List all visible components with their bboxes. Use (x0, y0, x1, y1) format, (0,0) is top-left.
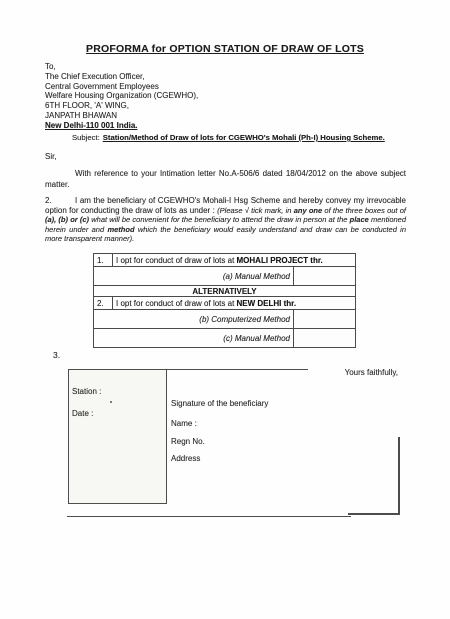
options-table: 1. I opt for conduct of draw of lots at … (93, 253, 356, 348)
signature-box-top-border (68, 369, 308, 370)
station-label: Station : (72, 387, 101, 396)
method-label-c: (c) Manual Method (94, 329, 294, 348)
signature-box-right-border (398, 437, 400, 515)
method-row-b: (b) Computerized Method (94, 310, 356, 329)
scan-speck (110, 401, 112, 403)
address-line: Central Government Employees (45, 82, 198, 92)
row-number: 1. (94, 254, 113, 267)
option-text-mohali: I opt for conduct of draw of lots at MOH… (113, 254, 356, 267)
recipient-address-block: To, The Chief Execution Officer, Central… (45, 62, 198, 131)
tick-box-c[interactable] (294, 329, 356, 348)
method-row-a: (a) Manual Method (94, 267, 356, 286)
option-text: I opt for conduct of draw of lots at (116, 299, 237, 308)
method-label-b: (b) Computerized Method (94, 310, 294, 329)
note-bold: method (107, 225, 134, 234)
method-label-a: (a) Manual Method (94, 267, 294, 286)
paragraph-number: 2. (45, 196, 75, 206)
address-label: Address (171, 454, 200, 463)
name-label: Name : (171, 419, 197, 428)
address-line: 6TH FLOOR, 'A' WING, (45, 101, 198, 111)
reference-paragraph: With reference to your Intimation letter… (45, 168, 406, 190)
signature-box-corner-segment (348, 513, 399, 515)
section-3-number: 3. (53, 350, 60, 360)
note-text: (Please √ tick mark, in (217, 206, 294, 215)
signature-box-divider (166, 369, 167, 504)
option-paragraph: 2.I am the beneficiary of CGEWHO's Mohal… (45, 196, 406, 244)
address-to: To, (45, 62, 198, 72)
address-line: JANPATH BHAWAN (45, 111, 198, 121)
note-text: what will be convenient for the benefici… (89, 215, 350, 224)
signature-of-beneficiary-label: Signature of the beneficiary (171, 399, 268, 408)
alternatively-row: ALTERNATIVELY (94, 286, 356, 297)
option-row-mohali: 1. I opt for conduct of draw of lots at … (94, 254, 356, 267)
signature-box-leftcol-bottom-border (68, 503, 167, 504)
signature-box-bottom-border (67, 516, 351, 517)
option-text-bold: MOHALI PROJECT thr. (237, 256, 323, 265)
scanned-document-page: PROFORMA for OPTION STATION OF DRAW OF L… (0, 0, 450, 619)
address-line: The Chief Execution Officer, (45, 72, 198, 82)
note-bold: any one (294, 206, 322, 215)
row-number: 2. (94, 297, 113, 310)
subject-line: Subject:Station/Method of Draw of lots f… (72, 133, 385, 142)
date-label: Date : (72, 409, 93, 418)
address-city-line: New Delhi-110 001 India. (45, 121, 198, 131)
note-bold: place (350, 215, 369, 224)
note-text: of the three boxes out of (322, 206, 406, 215)
option-text-delhi: I opt for conduct of draw of lots at NEW… (113, 297, 356, 310)
subject-text: Station/Method of Draw of lots for CGEWH… (103, 133, 385, 142)
document-title: PROFORMA for OPTION STATION OF DRAW OF L… (0, 43, 450, 55)
option-text-bold: NEW DELHI thr. (237, 299, 297, 308)
option-row-delhi: 2. I opt for conduct of draw of lots at … (94, 297, 356, 310)
salutation: Sir, (45, 152, 57, 161)
tick-box-a[interactable] (294, 267, 356, 286)
method-row-c: (c) Manual Method (94, 329, 356, 348)
address-line: Welfare Housing Organization (CGEWHO), (45, 91, 198, 101)
note-bold: (a), (b) or (c) (45, 215, 89, 224)
subject-label: Subject: (72, 133, 100, 142)
regn-no-label: Regn No. (171, 437, 205, 446)
option-text: I opt for conduct of draw of lots at (116, 256, 237, 265)
alternatively-label: ALTERNATIVELY (94, 286, 356, 297)
tick-box-b[interactable] (294, 310, 356, 329)
signature-box-left-border (68, 369, 69, 504)
